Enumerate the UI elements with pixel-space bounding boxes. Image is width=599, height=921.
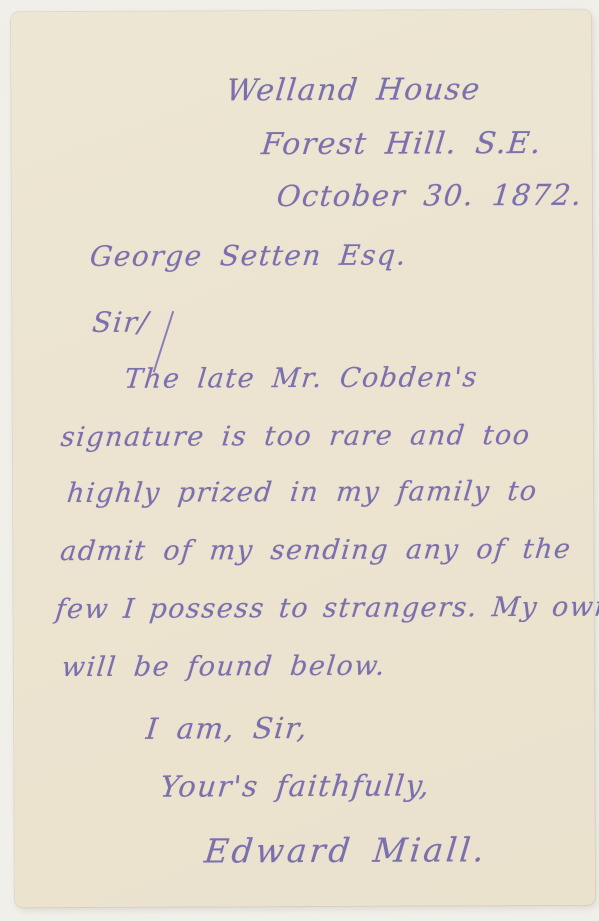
- address-line-2: Forest Hill. S.E.: [260, 126, 544, 162]
- salutation-line: Sir/: [91, 306, 151, 339]
- letter-paper: Welland House Forest Hill. S.E. October …: [11, 10, 595, 908]
- body-line-3: highly prized in my family to: [66, 476, 540, 509]
- body-line-4: admit of my sending any of the: [59, 534, 573, 567]
- body-line-1: The late Mr. Cobden's: [123, 362, 480, 395]
- recipient-line: George Setten Esq.: [88, 239, 408, 273]
- body-line-2: signature is too rare and too: [59, 420, 532, 453]
- address-line-1: Welland House: [225, 72, 483, 108]
- date-line: October 30. 1872.: [275, 178, 584, 213]
- body-line-5: few I possess to strangers. My own: [54, 592, 599, 625]
- signature-line: Edward Miall.: [203, 830, 489, 870]
- closing-line-2: Your's faithfully,: [159, 768, 432, 803]
- body-line-6: will be found below.: [60, 651, 387, 683]
- closing-line-1: I am, Sir,: [144, 711, 309, 746]
